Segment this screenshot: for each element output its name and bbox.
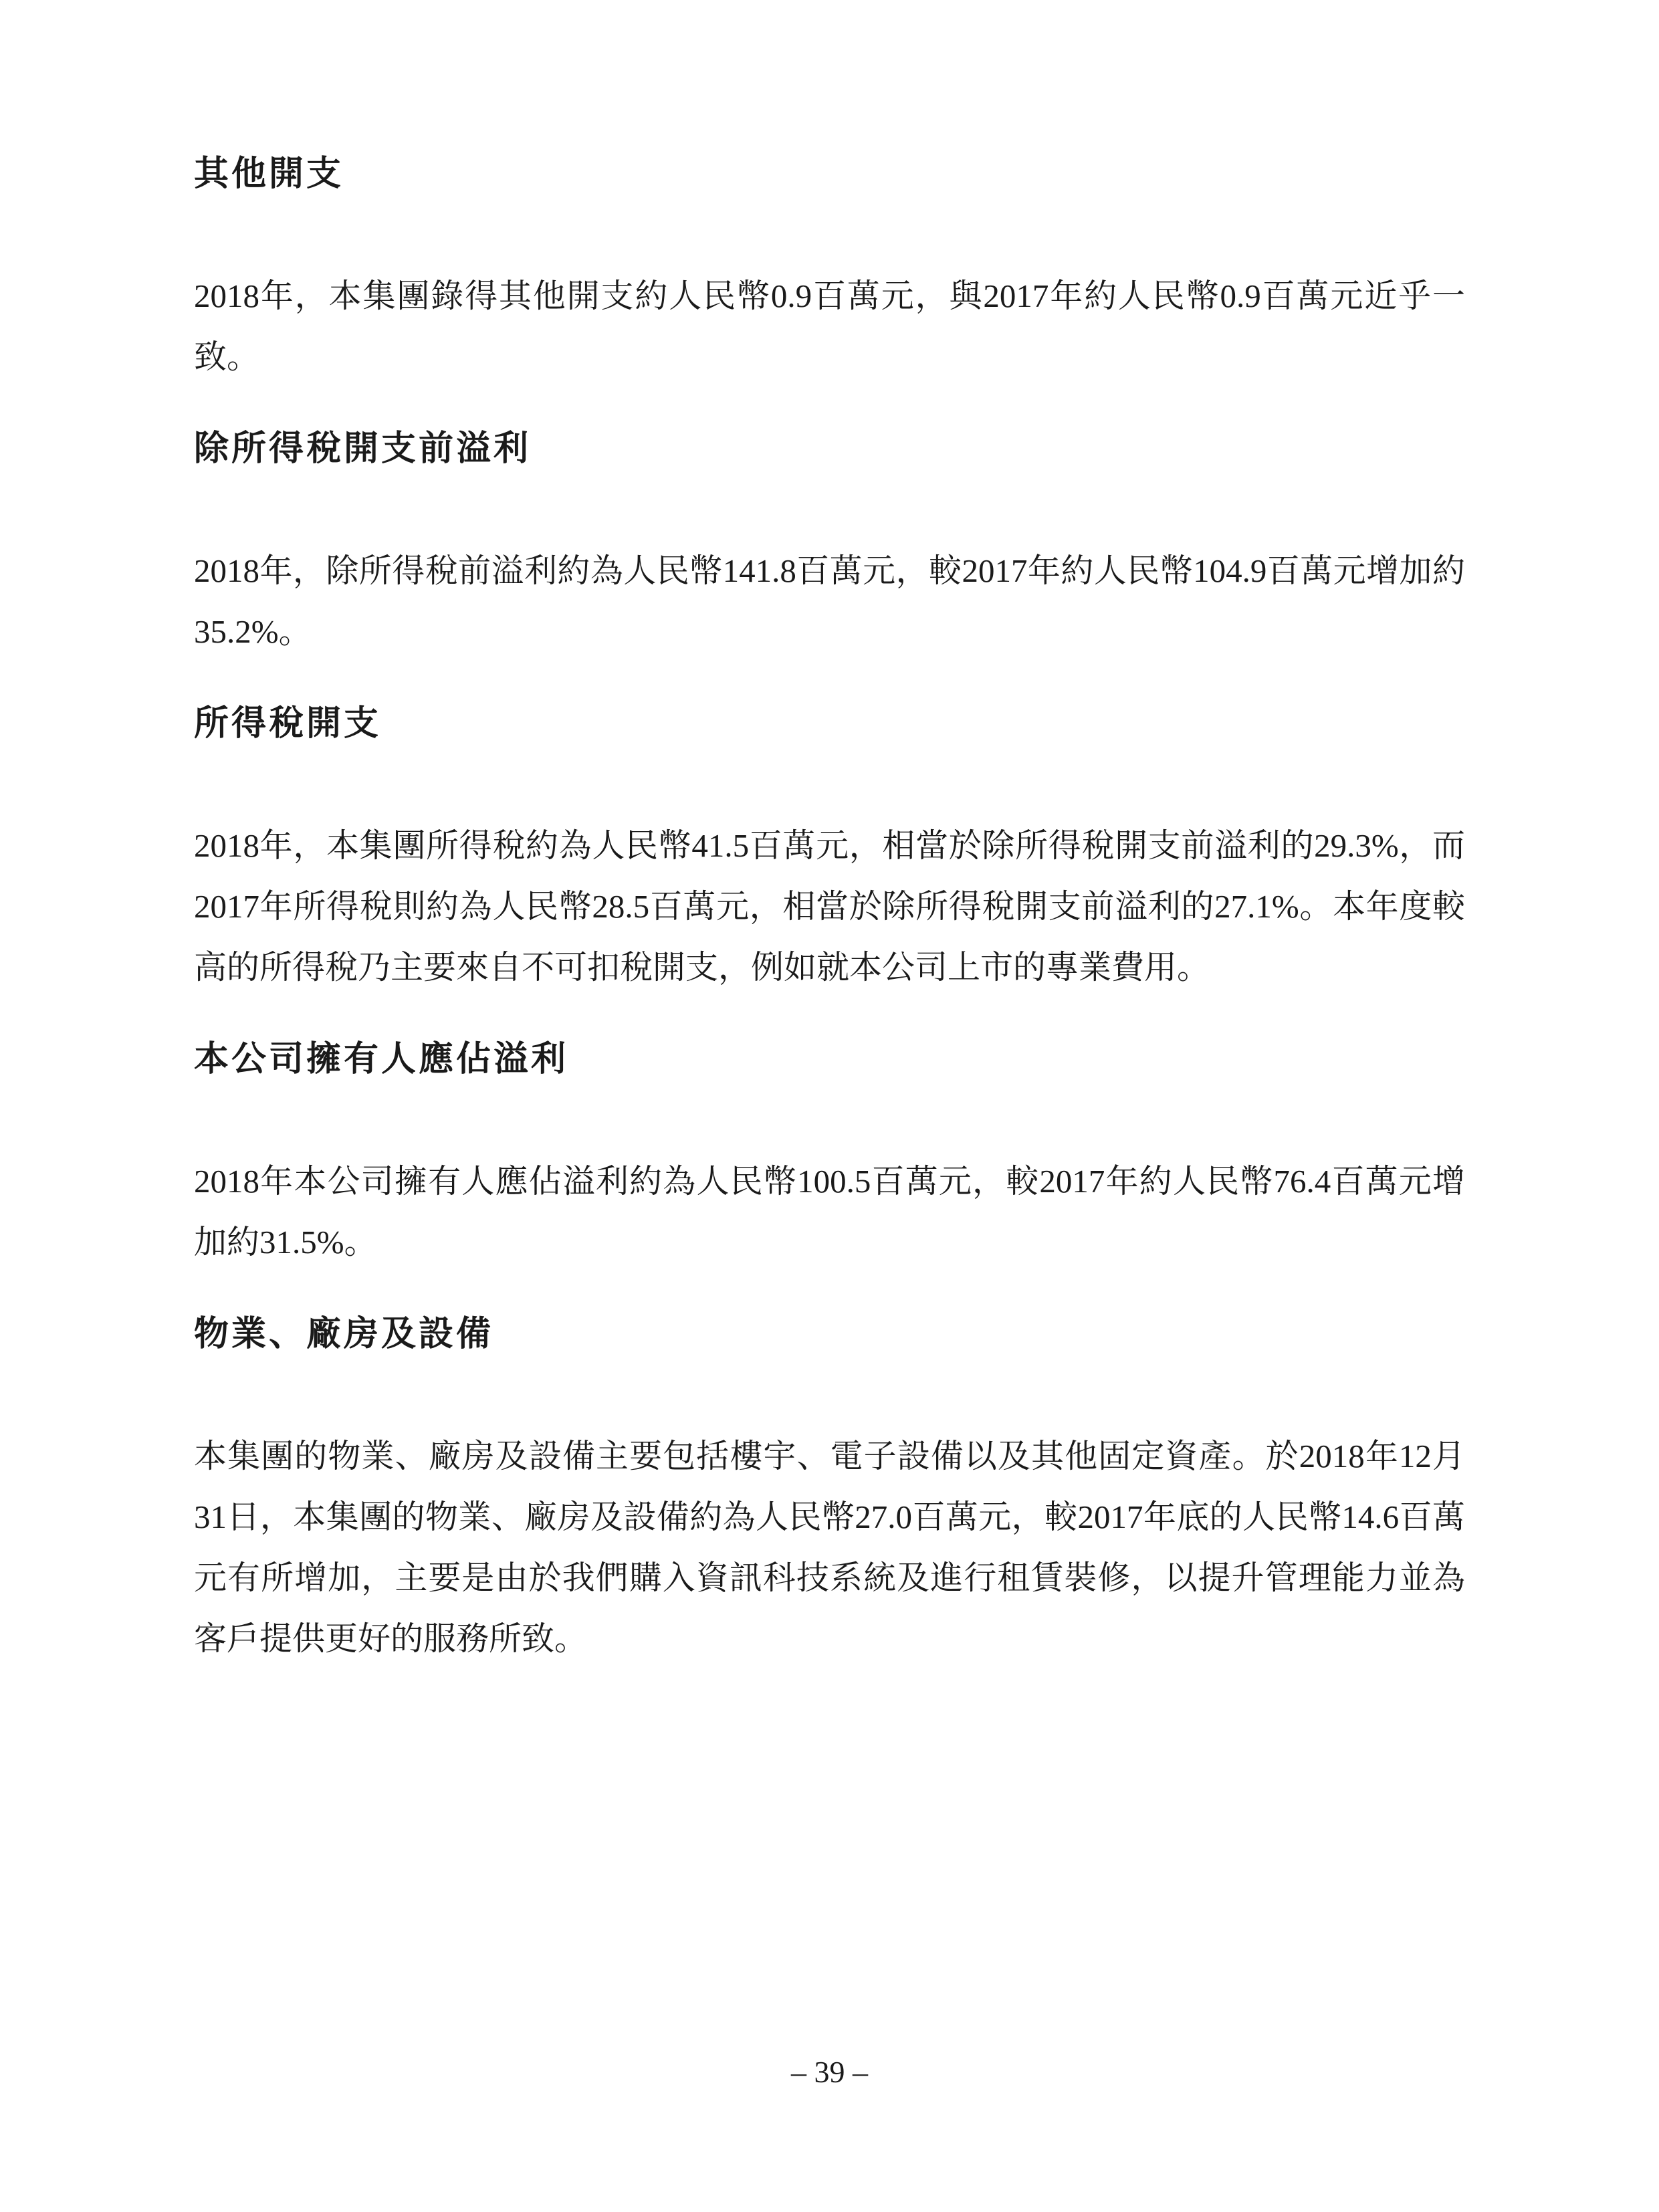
document-page: 其他開支 2018年，本集團錄得其他開支約人民幣0.9百萬元，與2017年約人民… bbox=[0, 0, 1659, 2212]
section-heading-income-tax-expense: 所得稅開支 bbox=[194, 702, 1465, 745]
section-heading-profit-attributable-to-owners: 本公司擁有人應佔溢利 bbox=[194, 1038, 1465, 1081]
section-paragraph-other-expenses: 2018年，本集團錄得其他開支約人民幣0.9百萬元，與2017年約人民幣0.9百… bbox=[194, 265, 1465, 387]
page-footer: – 39 – bbox=[0, 2054, 1659, 2090]
section-paragraph-income-tax-expense: 2018年，本集團所得稅約為人民幣41.5百萬元，相當於除所得稅開支前溢利的29… bbox=[194, 815, 1465, 998]
section-paragraph-property-plant-equipment: 本集團的物業、廠房及設備主要包括樓宇、電子設備以及其他固定資產。於2018年12… bbox=[194, 1426, 1465, 1669]
section-heading-profit-before-income-tax: 除所得稅開支前溢利 bbox=[194, 427, 1465, 470]
section-paragraph-profit-attributable-to-owners: 2018年本公司擁有人應佔溢利約為人民幣100.5百萬元，較2017年約人民幣7… bbox=[194, 1151, 1465, 1273]
section-heading-property-plant-equipment: 物業、廠房及設備 bbox=[194, 1313, 1465, 1355]
section-paragraph-profit-before-income-tax: 2018年，除所得稅前溢利約為人民幣141.8百萬元，較2017年約人民幣104… bbox=[194, 540, 1465, 662]
page-content: 其他開支 2018年，本集團錄得其他開支約人民幣0.9百萬元，與2017年約人民… bbox=[194, 0, 1465, 1669]
section-heading-other-expenses: 其他開支 bbox=[194, 152, 1465, 195]
page-number: – 39 – bbox=[791, 2055, 868, 2089]
